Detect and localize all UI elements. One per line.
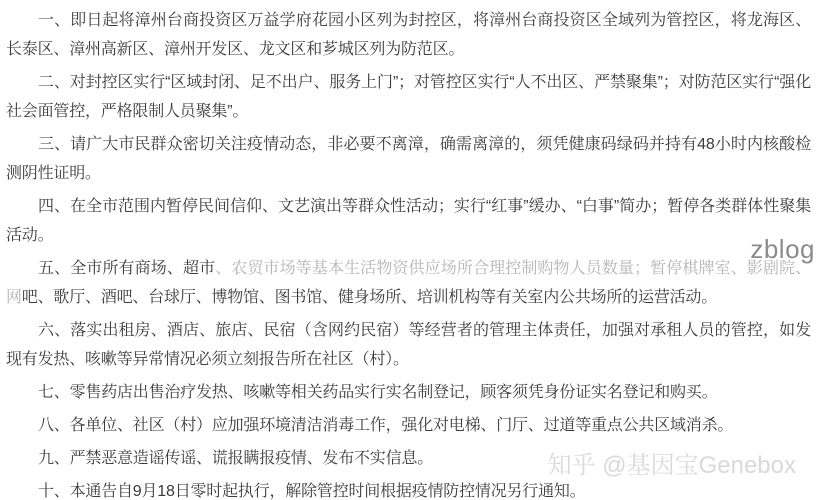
text-segment: 十、本通告自9月18日零时起执行，解除管控时间根据疫情防控情况另行通知。 (38, 483, 586, 500)
notice-paragraph: 四、在全市范围内暂停民间信仰、文艺演出等群众性活动；实行“红事”缓办、“白事”简… (6, 192, 811, 250)
notice-paragraph: 七、零售药店出售治疗发热、咳嗽等相关药品实行实名制登记，顾客须凭身份证实名登记和… (6, 378, 811, 407)
notice-paragraph: 一、即日起将漳州台商投资区万益学府花园小区列为封控区，将漳州台商投资区全域列为管… (6, 6, 811, 64)
notice-paragraph: 六、落实出租房、酒店、旅店、民宿（含网约民宿）等经营者的管理主体责任，加强对承租… (6, 316, 811, 374)
notice-paragraph: 三、请广大市民群众密切关注疫情动态，非必要不离漳，确需离漳的，须凭健康码绿码并持… (6, 130, 811, 188)
notice-paragraph: 二、对封控区实行“区域封闭、足不出户、服务上门”；对管控区实行“人不出区、严禁聚… (6, 68, 811, 126)
text-segment: 八、各单位、社区（村）应加强环境清洁消毒工作，强化对电梯、门厅、过道等重点公共区… (38, 417, 733, 434)
notice-body: 一、即日起将漳州台商投资区万益学府花园小区列为封控区，将漳州台商投资区全域列为管… (0, 0, 816, 500)
text-segment: 九、严禁恶意造谣传谣、谎报瞒报疫情、发布不实信息。 (38, 450, 433, 467)
text-segment: 吧、歌厅、酒吧、台球厅、博物馆、图书馆、健身场所、培训机构等有关室内公共场所的运… (22, 289, 717, 306)
zblog-watermark: zblog (750, 235, 815, 264)
text-segment: 二、对封控区实行“区域封闭、足不出户、服务上门”；对管控区实行“人不出区、严禁聚… (6, 74, 811, 120)
notice-page: 一、即日起将漳州台商投资区万益学府花园小区列为封控区，将漳州台商投资区全域列为管… (0, 0, 816, 500)
text-segment: 一、即日起将漳州台商投资区万益学府花园小区列为封控区，将漳州台商投资区全域列为管… (6, 12, 811, 58)
text-segment: 四、在全市范围内暂停民间信仰、文艺演出等群众性活动；实行“红事”缓办、“白事”简… (6, 198, 811, 244)
text-segment: 五、全市所有商场、超市 (38, 260, 215, 277)
notice-paragraph: 八、各单位、社区（村）应加强环境清洁消毒工作，强化对电梯、门厅、过道等重点公共区… (6, 411, 811, 440)
notice-paragraph: 十、本通告自9月18日零时起执行，解除管控时间根据疫情防控情况另行通知。 (6, 477, 811, 500)
text-segment: 七、零售药店出售治疗发热、咳嗽等相关药品实行实名制登记，顾客须凭身份证实名登记和… (38, 384, 717, 401)
text-segment: 三、请广大市民群众密切关注疫情动态，非必要不离漳，确需离漳的，须凭健康码绿码并持… (6, 136, 811, 182)
notice-paragraph: 五、全市所有商场、超市、农贸市场等基本生活物资供应场所合理控制购物人员数量；暂停… (6, 254, 811, 312)
text-segment: 六、落实出租房、酒店、旅店、民宿（含网约民宿）等经营者的管理主体责任，加强对承租… (6, 322, 811, 368)
zhihu-credit-watermark: 知乎 @基因宝Genebox (548, 452, 796, 480)
